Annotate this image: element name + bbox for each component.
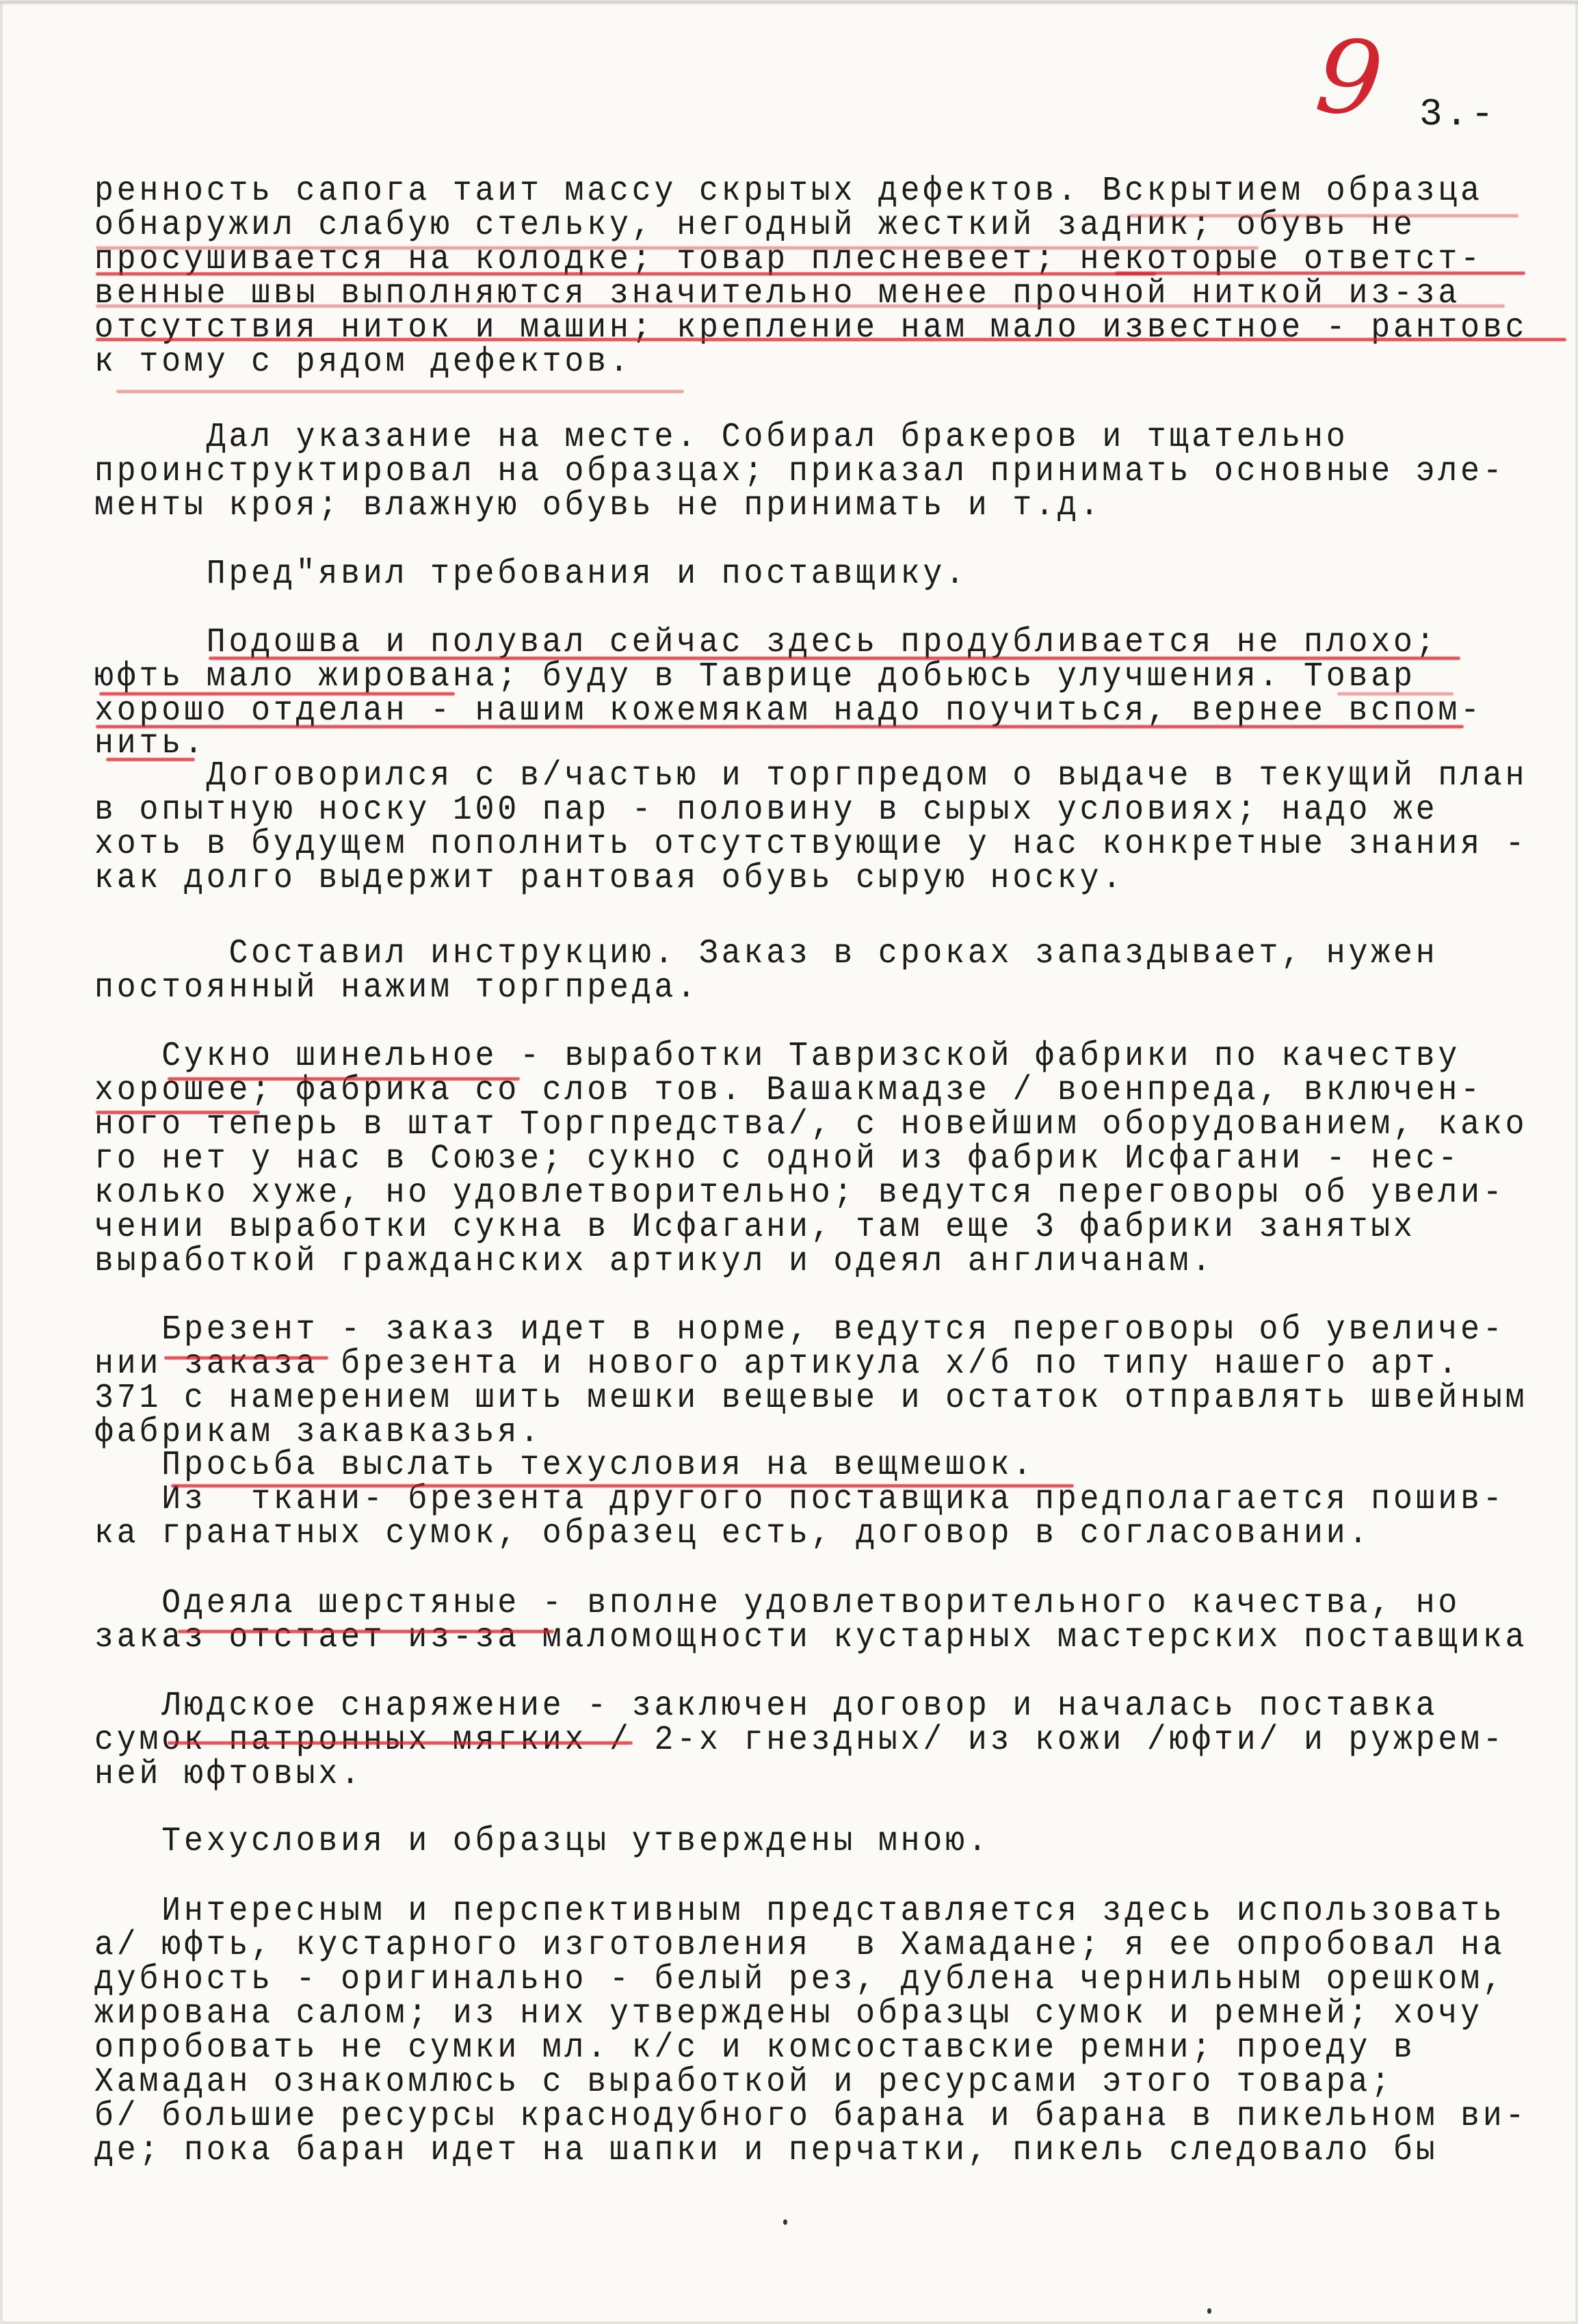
text-line: проинструктировал на образцах; приказал … <box>94 455 1505 489</box>
text-line: Интересным и перспективным представляетс… <box>94 1894 1505 1929</box>
text-line: Одеяла шерстяные - вполне удовлетворител… <box>94 1587 1460 1621</box>
text-line: менты кроя; влажную обувь не принимать и… <box>94 489 1102 523</box>
text-line: 371 с намерением шить мешки вещевые и ос… <box>94 1382 1527 1416</box>
text-line: дубность - оригинально - белый рез, дубл… <box>94 1963 1505 1997</box>
red-underline <box>99 692 455 696</box>
handwritten-folio-number: 9 <box>1311 24 1387 133</box>
text-line: сумок патронных мягких / 2-х гнездных/ и… <box>94 1724 1505 1758</box>
text-line: жирована салом; из них утверждены образц… <box>94 1997 1483 2031</box>
text-line: как долго выдержит рантовая обувь сырую … <box>94 862 1125 896</box>
red-underline <box>178 1630 554 1633</box>
red-underline <box>96 246 1259 250</box>
text-line: б/ большие ресурсы краснодубного барана … <box>94 2100 1527 2134</box>
text-line: выработкой гражданских артикул и одеял а… <box>94 1245 1214 1279</box>
text-line: чении выработки сукна в Исфагани, там ещ… <box>94 1211 1416 1245</box>
red-underline <box>96 338 1566 341</box>
red-underline <box>168 1077 520 1081</box>
text-line: постоянный нажим торгпреда. <box>94 971 699 1005</box>
ink-speck <box>1207 2308 1211 2314</box>
text-line: ней юфтовых. <box>94 1758 363 1792</box>
text-line: нии заказа брезента и нового артикула х/… <box>94 1347 1460 1382</box>
red-underline <box>1129 214 1518 217</box>
text-line: Брезент - заказ идет в норме, ведутся пе… <box>94 1313 1505 1347</box>
text-line: Людское снаряжение - заключен договор и … <box>94 1689 1438 1724</box>
red-underline <box>96 725 1464 728</box>
text-line: Подошва и полувал сейчас здесь продублив… <box>94 626 1438 660</box>
text-line: ного теперь в штат Торгпредства/, с нове… <box>94 1108 1527 1142</box>
text-line: а/ юфть, кустарного изготовления в Хамад… <box>94 1929 1505 1963</box>
text-line: ренность сапога таит массу скрытых дефек… <box>94 174 1483 209</box>
text-line: Просьба выслать техусловия на вещмешок. <box>94 1449 1035 1483</box>
text-line: де; пока баран идет на шапки и перчатки,… <box>94 2134 1438 2168</box>
page-top-edge <box>0 1 1578 5</box>
text-line: хорошо отделан - нашим кожемякам надо по… <box>94 694 1483 728</box>
text-line: Договорился с в/частью и торгпредом о вы… <box>94 759 1527 793</box>
text-line: Сукно шинельное - выработки Тавризской ф… <box>94 1040 1460 1074</box>
red-underline <box>106 758 195 761</box>
text-line: ка гранатных сумок, образец есть, догово… <box>94 1517 1371 1551</box>
red-underline <box>171 1484 1074 1488</box>
text-line: колько хуже, но удовлетворительно; ведут… <box>94 1176 1505 1211</box>
text-line: Пред"явил требования и поставщику. <box>94 557 968 592</box>
document-page: 9 3.- ренность сапога таит массу скрытых… <box>0 0 1578 2324</box>
red-underline <box>1337 692 1454 696</box>
text-line: хоть в будущем пополнить отсутствующие у… <box>94 828 1527 862</box>
text-line: Техусловия и образцы утверждены мною. <box>94 1825 990 1859</box>
red-underline <box>96 304 1505 308</box>
text-line: заказ отстает из-за маломощности кустарн… <box>94 1621 1527 1655</box>
text-line: Из ткани- брезента другого поставщика пр… <box>94 1483 1505 1517</box>
text-line: го нет у нас в Союзе; сукно с одной из ф… <box>94 1142 1460 1176</box>
text-line: в опытную носку 100 пар - половину в сыр… <box>94 793 1438 828</box>
red-underline <box>96 1111 260 1114</box>
red-underline <box>1115 272 1525 275</box>
text-line: Хамадан ознакомлюсь с выработкой и ресур… <box>94 2065 1393 2100</box>
text-line: фабрикам закавказья. <box>94 1416 542 1450</box>
text-line: к тому с рядом дефектов. <box>94 345 632 380</box>
text-line: Составил инструкцию. Заказ в сроках запа… <box>94 937 1438 971</box>
red-underline <box>116 390 684 393</box>
red-underline <box>209 657 1460 660</box>
red-underline <box>164 1356 328 1360</box>
ink-speck <box>783 2219 787 2225</box>
text-line: Дал указание на месте. Собирал бракеров … <box>94 421 1348 455</box>
text-line: юфть мало жирована; буду в Таврице добью… <box>94 660 1416 694</box>
red-underline <box>96 272 1156 276</box>
red-underline <box>168 1741 633 1745</box>
text-line: опробовать не сумки мл. к/с и комсоставс… <box>94 2031 1416 2065</box>
typed-page-number: 3.- <box>1419 92 1497 136</box>
